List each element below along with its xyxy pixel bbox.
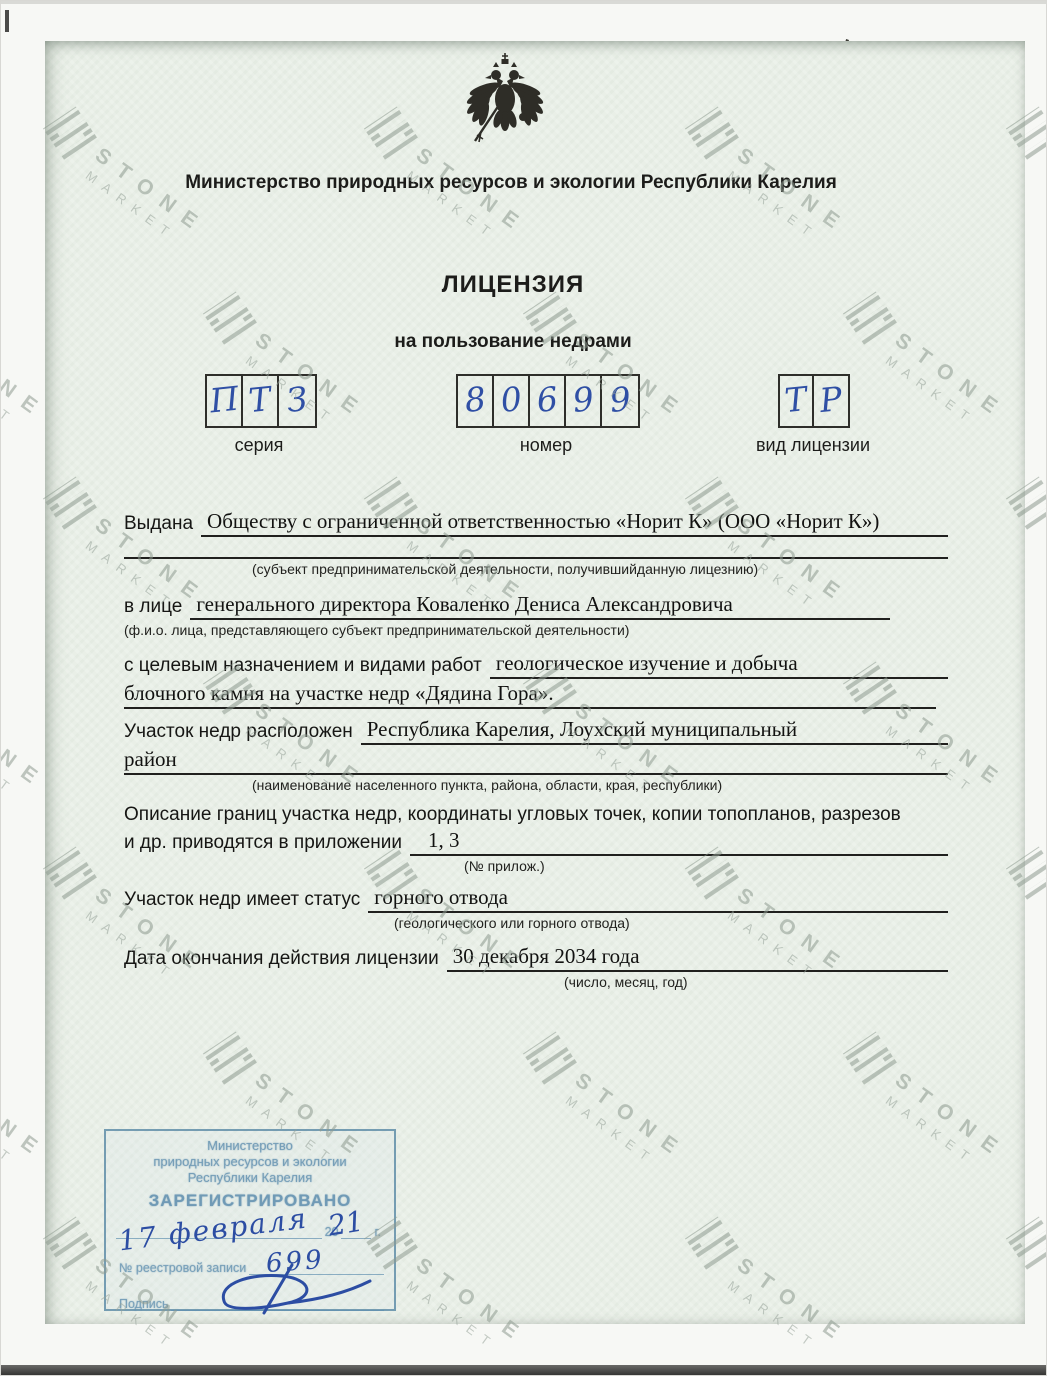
watermark-text-stone: STONE [0, 699, 51, 796]
boundaries-line: и др. приводятся в приложении 1, 3 [124, 826, 948, 856]
boundaries-label-line2: и др. приводятся в приложении [124, 832, 410, 856]
scan-artifact-mark [5, 10, 9, 32]
watermark-text-market: MARKET [0, 353, 35, 440]
scanned-license-document: Министерство природных ресурсов и эколог… [0, 0, 1047, 1376]
type-cell: Р [814, 376, 848, 426]
watermark-text-stone: STONE [0, 329, 51, 426]
issued-blank-line [124, 537, 948, 559]
watermark-text-market: MARKET [0, 723, 35, 810]
location-value-line1: Республика Карелия, Лоухский муниципальн… [361, 717, 948, 745]
registration-stamp: Министерство природных ресурсов и эколог… [104, 1129, 396, 1311]
stamp-org-line1: Министерство [116, 1138, 384, 1154]
number-cells: 8 0 6 9 9 [456, 374, 640, 428]
number-label: номер [496, 435, 596, 456]
status-line: Участок недр имеет статус горного отвода [124, 883, 948, 913]
purpose-line: с целевым назначением и видами работ гео… [124, 649, 948, 679]
watermark-text-market: MARKET [0, 1093, 35, 1180]
series-label: серия [209, 435, 309, 456]
type-char: Р [818, 378, 845, 423]
license-form-body: Выдана Обществу с ограниченной ответстве… [124, 507, 948, 993]
stamp-org-line3: Республики Карелия [116, 1170, 384, 1186]
issued-value: Обществу с ограниченной ответственностью… [201, 509, 948, 537]
type-cells: Т Р [778, 374, 850, 428]
purpose-value-line1: геологическое изучение и добыча [490, 651, 948, 679]
number-cell: 9 [602, 376, 638, 426]
status-value: горного отвода [368, 885, 948, 913]
boundaries-hint: (№ прилож.) [464, 858, 948, 877]
number-cell: 0 [494, 376, 530, 426]
watermark-text-stone: STONE [0, 1069, 51, 1166]
status-label: Участок недр имеет статус [124, 889, 368, 913]
type-label: вид лицензии [753, 435, 873, 456]
expiry-line: Дата окончания действия лицензии 30 дека… [124, 942, 948, 972]
stamp-date-suffix: г. [371, 1225, 384, 1239]
number-cell: 6 [530, 376, 566, 426]
person-hint: (ф.и.о. лица, представляющего субъект пр… [124, 622, 948, 641]
person-value: генерального директора Коваленко Дениса … [190, 592, 890, 620]
document-title: ЛИЦЕНЗИЯ [45, 271, 1025, 299]
purpose-label: с целевым назначением и видами работ [124, 655, 490, 679]
coat-of-arms-eagle-icon [453, 55, 557, 155]
number-char: 0 [498, 379, 523, 424]
location-hint: (наименование населенного пункта, района… [252, 777, 948, 796]
scan-bottom-edge [1, 1365, 1046, 1376]
series-char: П [207, 378, 240, 424]
series-cells: П Т З [205, 374, 317, 428]
location-line: Участок недр расположен Республика Карел… [124, 715, 948, 745]
scan-top-edge [1, 1, 1046, 4]
issued-label: Выдана [124, 513, 201, 537]
status-hint: (геологического или горного отвода) [394, 915, 948, 934]
type-cell: Т [780, 376, 814, 426]
location-value-line2: район [124, 745, 948, 775]
series-cell: Т [243, 376, 279, 426]
number-char: 6 [534, 379, 559, 424]
series-cell: З [279, 376, 315, 426]
document-subtitle: на пользование недрами [45, 331, 1025, 353]
boundaries-label-line1: Описание границ участка недр, координаты… [124, 798, 948, 826]
ministry-name: Министерство природных ресурсов и эколог… [45, 172, 1025, 194]
issued-line: Выдана Обществу с ограниченной ответстве… [124, 507, 948, 537]
expiry-value: 30 декабря 2034 года [447, 944, 948, 972]
issued-hint: (субъект предпринимательской деятельност… [252, 561, 948, 580]
stamp-org-line2: природных ресурсов и экологии [116, 1154, 384, 1170]
number-cell: 9 [566, 376, 602, 426]
number-char: 9 [570, 379, 595, 424]
handwritten-signature [194, 1259, 384, 1317]
stamp-signature-label: Подпись [116, 1297, 171, 1311]
handwritten-year: 21 [326, 1204, 366, 1242]
person-line: в лице генерального директора Коваленко … [124, 590, 948, 620]
series-cell: П [207, 376, 243, 426]
location-label: Участок недр расположен [124, 721, 361, 745]
expiry-label: Дата окончания действия лицензии [124, 948, 447, 972]
expiry-hint: (число, месяц, год) [564, 974, 948, 993]
series-char: Т [247, 378, 273, 423]
series-char: З [285, 379, 310, 424]
type-char: Т [783, 378, 809, 423]
number-char: 9 [607, 379, 632, 424]
number-cell: 8 [458, 376, 494, 426]
license-page: Министерство природных ресурсов и эколог… [45, 41, 1025, 1324]
purpose-value-line2: блочного камня на участке недр «Дядина Г… [124, 679, 936, 709]
boundaries-value: 1, 3 [410, 828, 948, 856]
number-char: 8 [462, 379, 487, 424]
person-label: в лице [124, 596, 190, 620]
